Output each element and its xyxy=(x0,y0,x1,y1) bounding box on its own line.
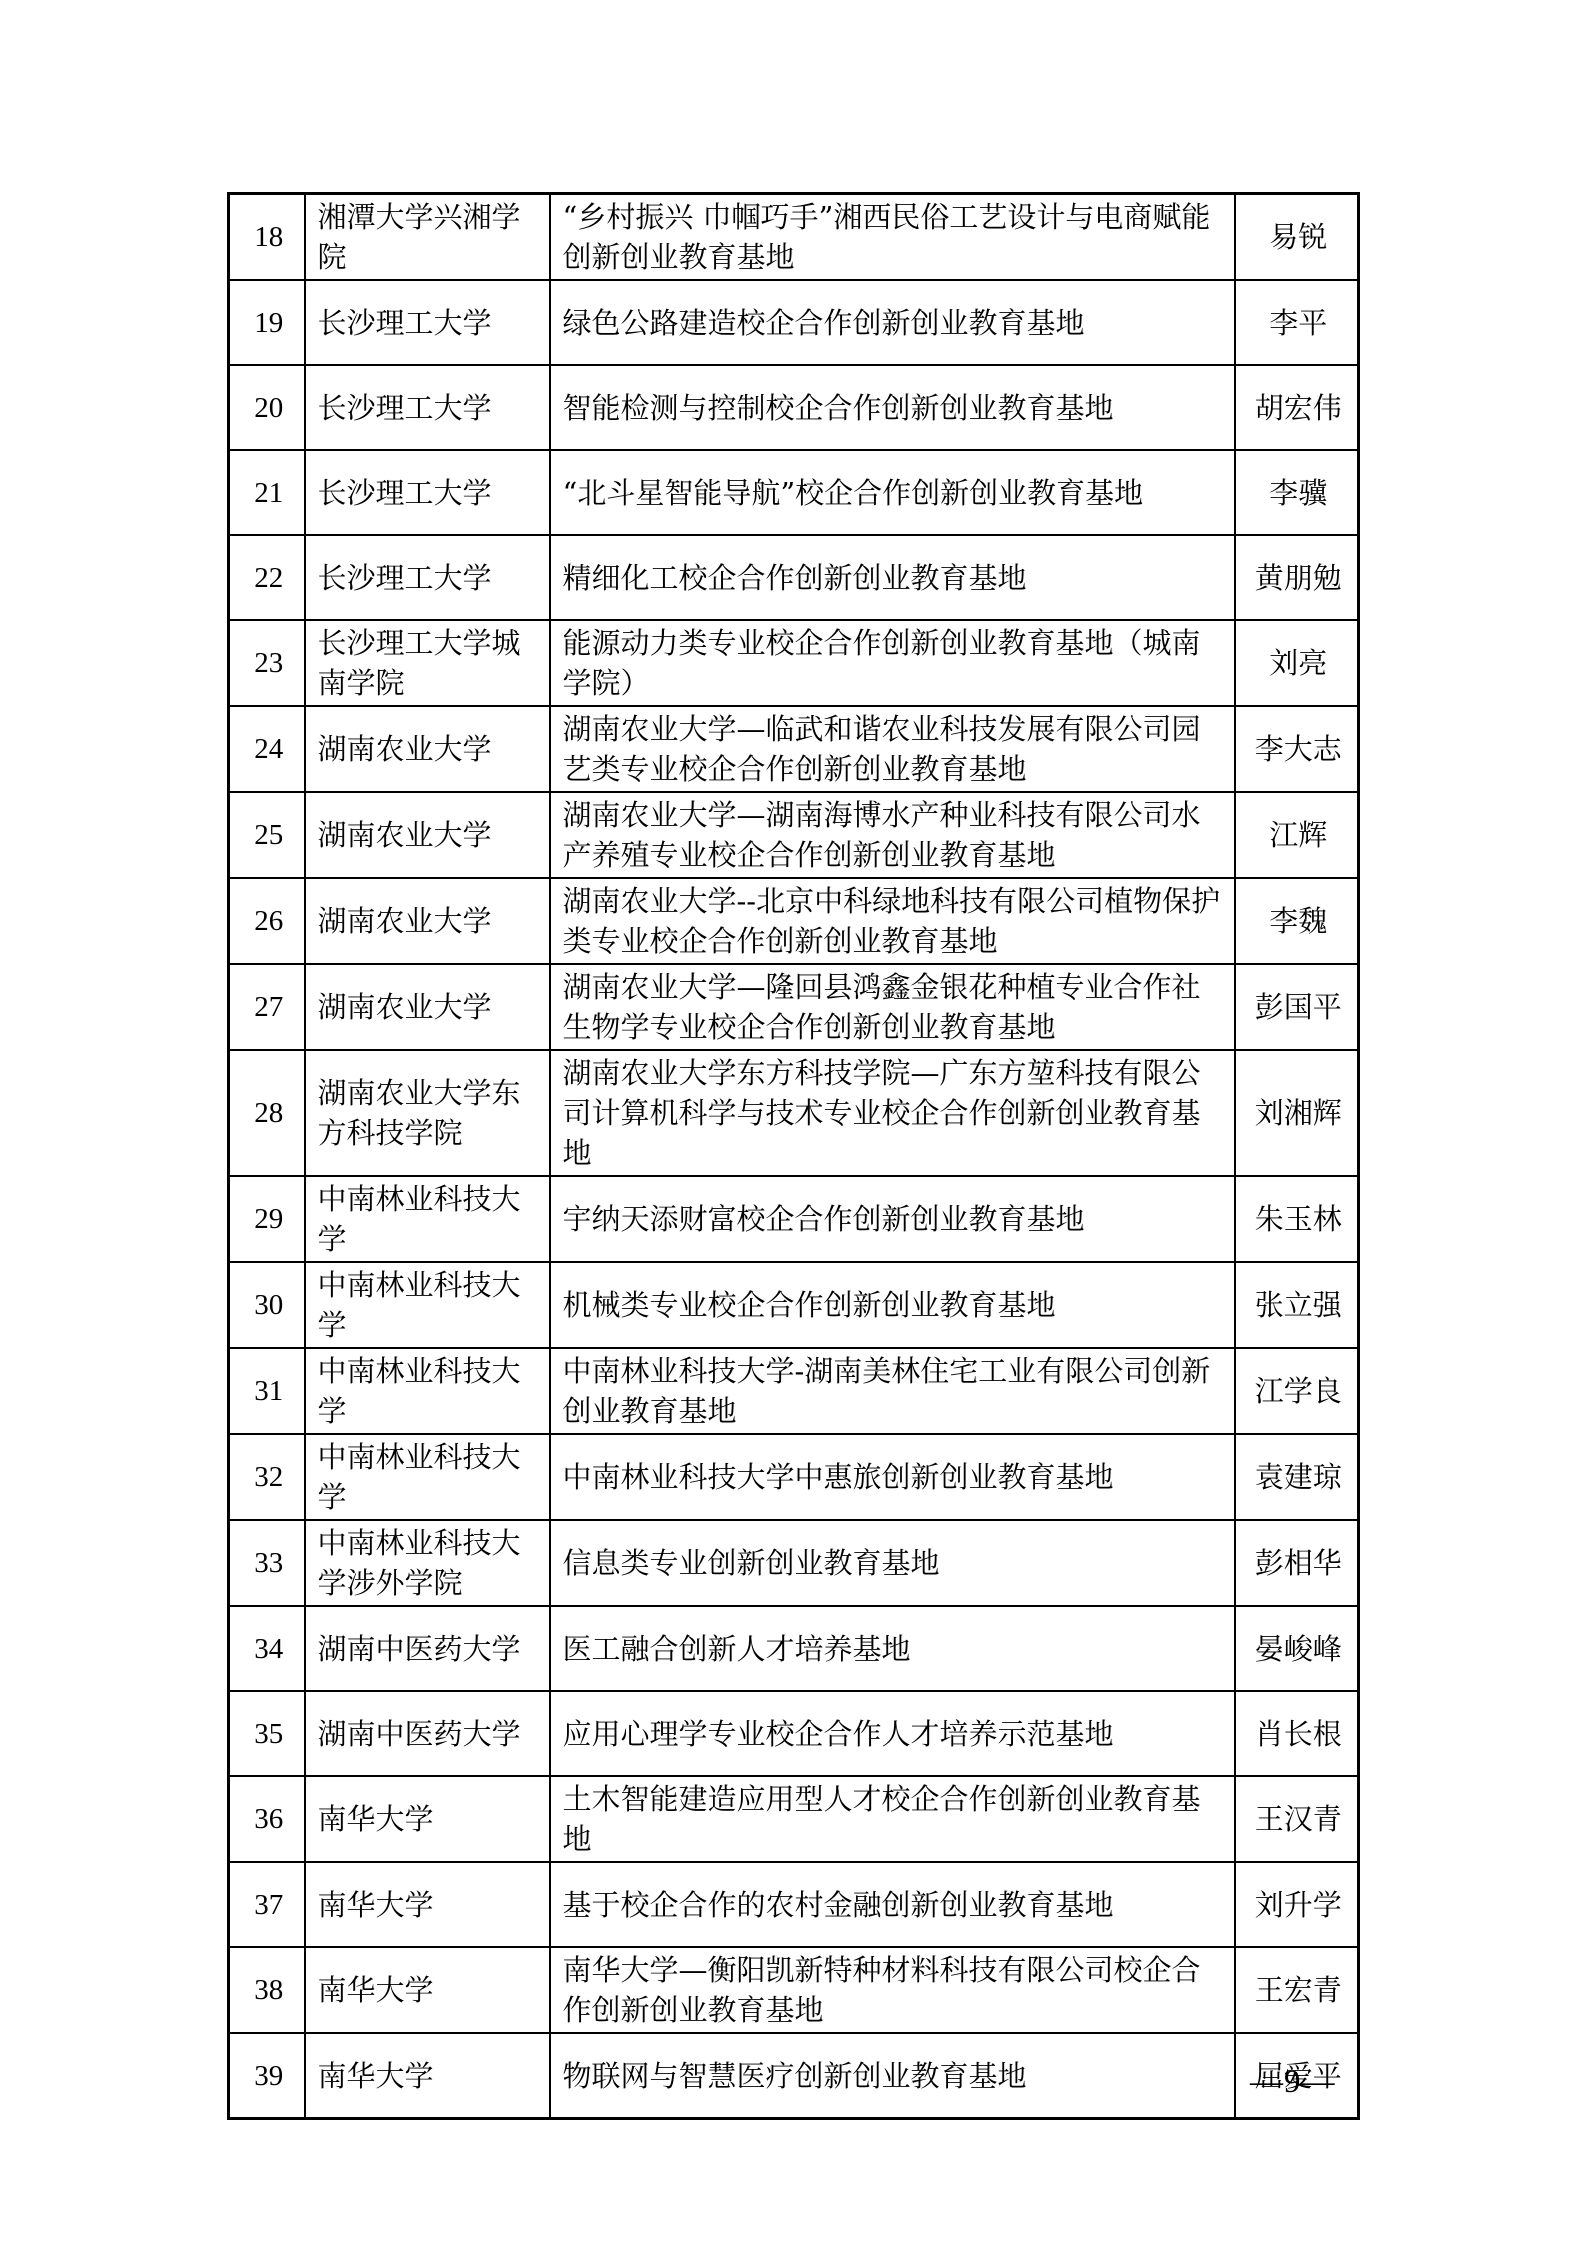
row-number-cell: 20 xyxy=(229,365,305,450)
school-cell: 湖南农业大学 xyxy=(305,706,550,792)
table-row: 36南华大学土木智能建造应用型人才校企合作创新创业教育基地王汉青 xyxy=(229,1776,1359,1862)
base-list-table: 18湘潭大学兴湘学院“乡村振兴 巾帼巧手”湘西民俗工艺设计与电商赋能创新创业教育… xyxy=(227,192,1360,2120)
base-table-body: 18湘潭大学兴湘学院“乡村振兴 巾帼巧手”湘西民俗工艺设计与电商赋能创新创业教育… xyxy=(229,194,1359,2119)
row-number-cell: 35 xyxy=(229,1691,305,1776)
base-name-cell: 能源动力类专业校企合作创新创业教育基地（城南学院） xyxy=(550,620,1235,706)
row-number-cell: 22 xyxy=(229,535,305,620)
row-number-cell: 24 xyxy=(229,706,305,792)
base-name-cell: 精细化工校企合作创新创业教育基地 xyxy=(550,535,1235,620)
leader-cell: 彭相华 xyxy=(1235,1520,1359,1606)
table-row: 24湖南农业大学湖南农业大学—临武和谐农业科技发展有限公司园艺类专业校企合作创新… xyxy=(229,706,1359,792)
base-name-cell: 中南林业科技大学-湖南美林住宅工业有限公司创新创业教育基地 xyxy=(550,1348,1235,1434)
table-row: 27湖南农业大学湖南农业大学—隆回县鸿鑫金银花种植专业合作社生物学专业校企合作创… xyxy=(229,964,1359,1050)
school-cell: 长沙理工大学 xyxy=(305,450,550,535)
school-cell: 南华大学 xyxy=(305,1776,550,1862)
leader-cell: 王汉青 xyxy=(1235,1776,1359,1862)
leader-cell: 胡宏伟 xyxy=(1235,365,1359,450)
leader-cell: 李骥 xyxy=(1235,450,1359,535)
leader-cell: 刘湘辉 xyxy=(1235,1050,1359,1176)
school-cell: 南华大学 xyxy=(305,1862,550,1947)
row-number-cell: 27 xyxy=(229,964,305,1050)
row-number-cell: 25 xyxy=(229,792,305,878)
table-row: 21长沙理工大学“北斗星智能导航”校企合作创新创业教育基地李骥 xyxy=(229,450,1359,535)
row-number-cell: 23 xyxy=(229,620,305,706)
school-cell: 湖南中医药大学 xyxy=(305,1691,550,1776)
row-number-cell: 38 xyxy=(229,1947,305,2033)
table-row: 31中南林业科技大学中南林业科技大学-湖南美林住宅工业有限公司创新创业教育基地江… xyxy=(229,1348,1359,1434)
table-row: 19长沙理工大学绿色公路建造校企合作创新创业教育基地李平 xyxy=(229,280,1359,365)
row-number-cell: 36 xyxy=(229,1776,305,1862)
leader-cell: 彭国平 xyxy=(1235,964,1359,1050)
row-number-cell: 18 xyxy=(229,194,305,281)
page-number: —9— xyxy=(1250,2062,1336,2102)
table-row: 28湖南农业大学东方科技学院湖南农业大学东方科技学院—广东方堃科技有限公司计算机… xyxy=(229,1050,1359,1176)
document-page: 18湘潭大学兴湘学院“乡村振兴 巾帼巧手”湘西民俗工艺设计与电商赋能创新创业教育… xyxy=(0,0,1587,2245)
base-name-cell: 湖南农业大学—临武和谐农业科技发展有限公司园艺类专业校企合作创新创业教育基地 xyxy=(550,706,1235,792)
table-row: 34湖南中医药大学医工融合创新人才培养基地晏峻峰 xyxy=(229,1606,1359,1691)
school-cell: 长沙理工大学 xyxy=(305,365,550,450)
base-name-cell: 中南林业科技大学中惠旅创新创业教育基地 xyxy=(550,1434,1235,1520)
school-cell: 中南林业科技大学涉外学院 xyxy=(305,1520,550,1606)
leader-cell: 李大志 xyxy=(1235,706,1359,792)
school-cell: 长沙理工大学城南学院 xyxy=(305,620,550,706)
row-number-cell: 21 xyxy=(229,450,305,535)
school-cell: 湖南中医药大学 xyxy=(305,1606,550,1691)
school-cell: 湖南农业大学东方科技学院 xyxy=(305,1050,550,1176)
row-number-cell: 29 xyxy=(229,1176,305,1262)
table-row: 35湖南中医药大学应用心理学专业校企合作人才培养示范基地肖长根 xyxy=(229,1691,1359,1776)
base-name-cell: 信息类专业创新创业教育基地 xyxy=(550,1520,1235,1606)
school-cell: 长沙理工大学 xyxy=(305,535,550,620)
leader-cell: 黄朋勉 xyxy=(1235,535,1359,620)
leader-cell: 江辉 xyxy=(1235,792,1359,878)
school-cell: 长沙理工大学 xyxy=(305,280,550,365)
school-cell: 南华大学 xyxy=(305,1947,550,2033)
row-number-cell: 39 xyxy=(229,2033,305,2119)
base-name-cell: 土木智能建造应用型人才校企合作创新创业教育基地 xyxy=(550,1776,1235,1862)
base-name-cell: 湖南农业大学--北京中科绿地科技有限公司植物保护类专业校企合作创新创业教育基地 xyxy=(550,878,1235,964)
table-row: 33中南林业科技大学涉外学院信息类专业创新创业教育基地彭相华 xyxy=(229,1520,1359,1606)
table-row: 18湘潭大学兴湘学院“乡村振兴 巾帼巧手”湘西民俗工艺设计与电商赋能创新创业教育… xyxy=(229,194,1359,281)
school-cell: 中南林业科技大学 xyxy=(305,1434,550,1520)
school-cell: 中南林业科技大学 xyxy=(305,1262,550,1348)
base-name-cell: “乡村振兴 巾帼巧手”湘西民俗工艺设计与电商赋能创新创业教育基地 xyxy=(550,194,1235,281)
leader-cell: 易锐 xyxy=(1235,194,1359,281)
row-number-cell: 32 xyxy=(229,1434,305,1520)
row-number-cell: 37 xyxy=(229,1862,305,1947)
table-row: 23长沙理工大学城南学院能源动力类专业校企合作创新创业教育基地（城南学院）刘亮 xyxy=(229,620,1359,706)
leader-cell: 王宏青 xyxy=(1235,1947,1359,2033)
school-cell: 南华大学 xyxy=(305,2033,550,2119)
table-row: 37南华大学基于校企合作的农村金融创新创业教育基地刘升学 xyxy=(229,1862,1359,1947)
leader-cell: 江学良 xyxy=(1235,1348,1359,1434)
school-cell: 湖南农业大学 xyxy=(305,792,550,878)
base-name-cell: 绿色公路建造校企合作创新创业教育基地 xyxy=(550,280,1235,365)
base-name-cell: 基于校企合作的农村金融创新创业教育基地 xyxy=(550,1862,1235,1947)
base-name-cell: 智能检测与控制校企合作创新创业教育基地 xyxy=(550,365,1235,450)
base-name-cell: 南华大学—衡阳凯新特种材料科技有限公司校企合作创新创业教育基地 xyxy=(550,1947,1235,2033)
base-name-cell: 医工融合创新人才培养基地 xyxy=(550,1606,1235,1691)
row-number-cell: 28 xyxy=(229,1050,305,1176)
table-row: 20长沙理工大学智能检测与控制校企合作创新创业教育基地胡宏伟 xyxy=(229,365,1359,450)
leader-cell: 袁建琼 xyxy=(1235,1434,1359,1520)
school-cell: 湖南农业大学 xyxy=(305,964,550,1050)
school-cell: 中南林业科技大学 xyxy=(305,1348,550,1434)
leader-cell: 刘亮 xyxy=(1235,620,1359,706)
leader-cell: 张立强 xyxy=(1235,1262,1359,1348)
table-row: 39南华大学物联网与智慧医疗创新创业教育基地屈爱平 xyxy=(229,2033,1359,2119)
row-number-cell: 34 xyxy=(229,1606,305,1691)
base-name-cell: 湖南农业大学—隆回县鸿鑫金银花种植专业合作社生物学专业校企合作创新创业教育基地 xyxy=(550,964,1235,1050)
base-name-cell: 宇纳天添财富校企合作创新创业教育基地 xyxy=(550,1176,1235,1262)
table-row: 30中南林业科技大学机械类专业校企合作创新创业教育基地张立强 xyxy=(229,1262,1359,1348)
table-row: 32中南林业科技大学中南林业科技大学中惠旅创新创业教育基地袁建琼 xyxy=(229,1434,1359,1520)
table-row: 29中南林业科技大学宇纳天添财富校企合作创新创业教育基地朱玉林 xyxy=(229,1176,1359,1262)
school-cell: 湖南农业大学 xyxy=(305,878,550,964)
row-number-cell: 33 xyxy=(229,1520,305,1606)
leader-cell: 李平 xyxy=(1235,280,1359,365)
base-name-cell: 湖南农业大学—湖南海博水产种业科技有限公司水产养殖专业校企合作创新创业教育基地 xyxy=(550,792,1235,878)
table-row: 22长沙理工大学精细化工校企合作创新创业教育基地黄朋勉 xyxy=(229,535,1359,620)
base-name-cell: “北斗星智能导航”校企合作创新创业教育基地 xyxy=(550,450,1235,535)
base-name-cell: 应用心理学专业校企合作人才培养示范基地 xyxy=(550,1691,1235,1776)
table-row: 38南华大学南华大学—衡阳凯新特种材料科技有限公司校企合作创新创业教育基地王宏青 xyxy=(229,1947,1359,2033)
leader-cell: 朱玉林 xyxy=(1235,1176,1359,1262)
row-number-cell: 26 xyxy=(229,878,305,964)
leader-cell: 刘升学 xyxy=(1235,1862,1359,1947)
base-name-cell: 湖南农业大学东方科技学院—广东方堃科技有限公司计算机科学与技术专业校企合作创新创… xyxy=(550,1050,1235,1176)
leader-cell: 李魏 xyxy=(1235,878,1359,964)
row-number-cell: 30 xyxy=(229,1262,305,1348)
leader-cell: 肖长根 xyxy=(1235,1691,1359,1776)
table-row: 26湖南农业大学湖南农业大学--北京中科绿地科技有限公司植物保护类专业校企合作创… xyxy=(229,878,1359,964)
base-name-cell: 机械类专业校企合作创新创业教育基地 xyxy=(550,1262,1235,1348)
table-row: 25湖南农业大学湖南农业大学—湖南海博水产种业科技有限公司水产养殖专业校企合作创… xyxy=(229,792,1359,878)
leader-cell: 晏峻峰 xyxy=(1235,1606,1359,1691)
base-name-cell: 物联网与智慧医疗创新创业教育基地 xyxy=(550,2033,1235,2119)
school-cell: 中南林业科技大学 xyxy=(305,1176,550,1262)
school-cell: 湘潭大学兴湘学院 xyxy=(305,194,550,281)
row-number-cell: 19 xyxy=(229,280,305,365)
row-number-cell: 31 xyxy=(229,1348,305,1434)
